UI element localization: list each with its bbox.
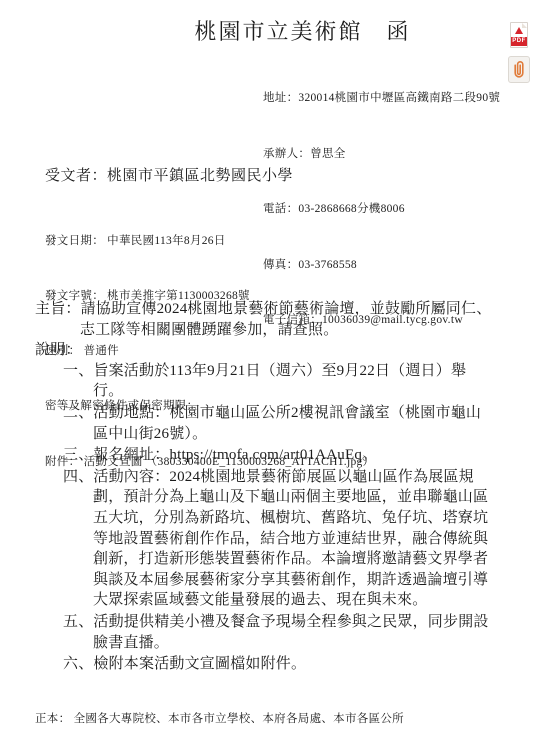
item-6-attachment-note: 六、檢附本案活動文宣圖檔如附件。 (63, 654, 491, 675)
subject-paragraph: 主旨：請協助宣傳2024桃園地景藝術節藝術論壇，並鼓勵所屬同仁、志工隊等相關團體… (35, 299, 495, 340)
item-4-event-content: 四、活動內容：2024桃園地景藝術節展區以龜山區作為展區規劃，預計分為上龜山及下… (63, 467, 491, 611)
official-letter-page: { "doc": { "title": "桃園市立美術館 函", "contac… (0, 0, 550, 737)
original-copy-recipients: 正本： 全國各大專院校、本市各市立學校、本府各局處、本市各區公所 (35, 710, 404, 726)
paperclip-attachment-icon[interactable] (508, 56, 530, 83)
letter-body: 主旨：請協助宣傳2024桃園地景藝術節藝術論壇，並鼓勵所屬同仁、志工隊等相關團體… (35, 299, 495, 676)
sender-handler: 承辦人：曾思全 (263, 145, 500, 164)
item-3-registration-url: 三、報名網址：https://tmofa.com/art01AAuEq。 (63, 445, 491, 466)
document-title: 桃園市立美術館 函 (0, 15, 550, 46)
item-1-event-date: 一、旨案活動於113年9月21日（週六）至9月22日（週日）舉行。 (63, 361, 491, 402)
item-2-location: 二、活動地點：桃園市龜山區公所2樓視訊會議室（桃園市龜山區中山街26號）。 (63, 403, 491, 444)
pdf-label: PDF (511, 37, 527, 46)
attachment-icons: PDF (508, 22, 530, 83)
sender-address: 地址：320014桃園市中壢區高鐵南路二段90號 (263, 89, 500, 108)
issue-date: 發文日期： 中華民國113年8月26日 (45, 232, 374, 250)
description-items: 一、旨案活動於113年9月21日（週六）至9月22日（週日）舉行。 二、活動地點… (63, 361, 491, 675)
description-label: 說明： (35, 340, 495, 361)
pdf-logo-glyph (515, 27, 523, 34)
paperclip-icon (512, 60, 526, 79)
item-5-gifts-livestream: 五、活動提供精美小禮及餐盒予現場全程參與之民眾，同步開設臉書直播。 (63, 612, 491, 653)
recipient-line: 受文者：桃園市平鎮區北勢國民小學 (45, 164, 293, 185)
pdf-file-icon[interactable]: PDF (510, 22, 528, 48)
